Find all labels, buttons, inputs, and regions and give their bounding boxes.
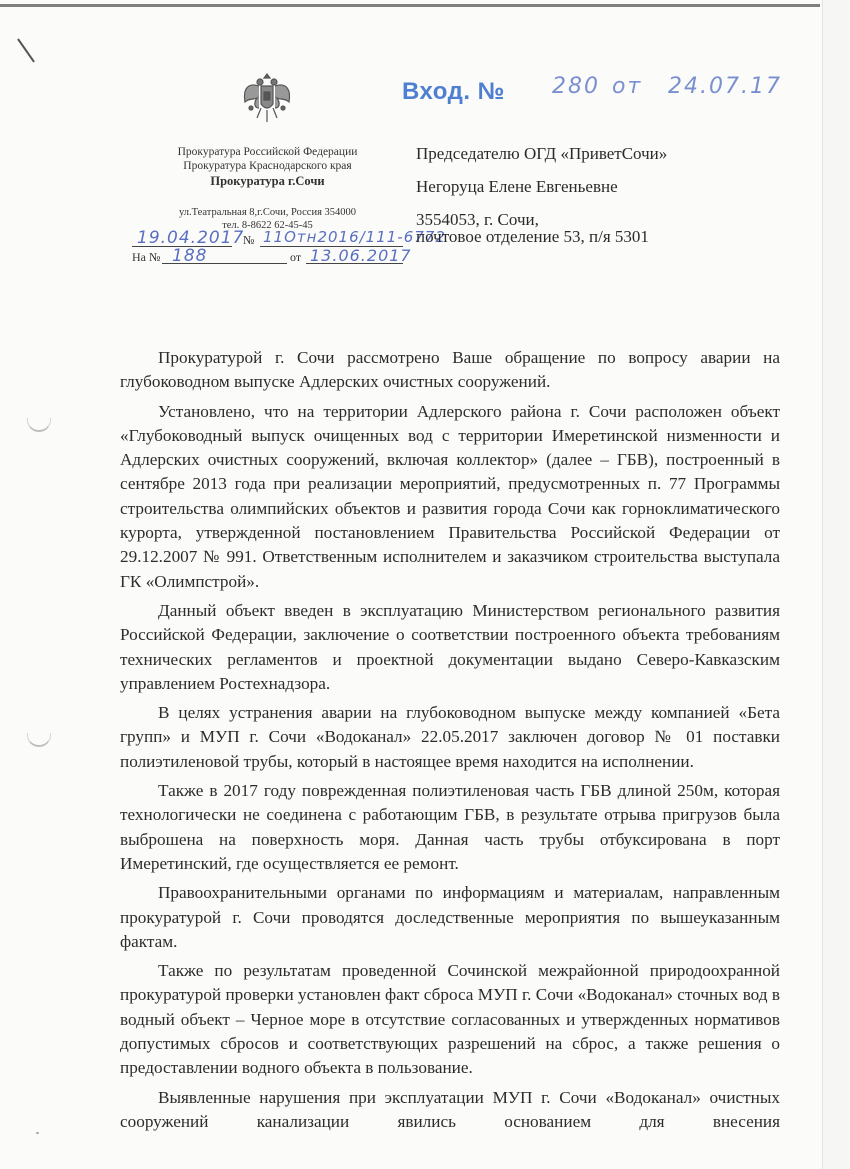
body-paragraph: Правоохранительными органами по информац…: [120, 881, 780, 954]
reply-date: 13.06.2017: [310, 246, 412, 265]
scan-right-margin: [823, 0, 850, 1169]
letterhead-office-name: Прокуратура г.Сочи: [140, 174, 395, 188]
russian-coat-of-arms-icon: [237, 68, 297, 128]
letterhead-address: ул.Театральная 8,г.Сочи, Россия 354000: [140, 207, 395, 218]
pen-mark: [17, 38, 35, 62]
punch-hole-top: [27, 418, 51, 432]
body-paragraph: В целях устранения аварии на глубоководн…: [120, 701, 780, 774]
scan-top-edge: [0, 4, 820, 7]
incoming-stamp-label: Вход. №: [402, 78, 505, 106]
reply-from-label: от: [290, 250, 301, 265]
incoming-date: 24.07.17: [668, 74, 782, 99]
letterhead-org-line-2: Прокуратура Краснодарского края: [140, 159, 395, 173]
punch-hole-bottom: [27, 733, 51, 747]
letter-body: Прокуратурой г. Сочи рассмотрено Ваше об…: [120, 346, 780, 1139]
addressee-po-box: почтовое отделение 53, п/я 5301: [416, 228, 649, 246]
letterhead-org-line-1: Прокуратура Российской Федерации: [140, 145, 395, 159]
outgoing-date: 19.04.2017: [137, 228, 244, 248]
reply-number-label: На №: [132, 250, 160, 265]
body-paragraph: Выявленные нарушения при эксплуатации МУ…: [120, 1086, 780, 1135]
reply-number: 188: [172, 246, 207, 266]
incoming-number: 280: [552, 74, 600, 99]
body-paragraph: Установлено, что на территории Адлерског…: [120, 400, 780, 594]
scan-speck: [36, 1132, 39, 1134]
addressee-position: Председателю ОГД «ПриветСочи»: [416, 145, 667, 163]
body-paragraph: Также в 2017 году поврежденная полиэтиле…: [120, 779, 780, 876]
body-paragraph: Также по результатам проведенной Сочинск…: [120, 959, 780, 1080]
body-paragraph: Прокуратурой г. Сочи рассмотрено Ваше об…: [120, 346, 780, 395]
incoming-from-word: от: [612, 74, 642, 99]
outgoing-number-label: №: [243, 233, 254, 248]
addressee-name: Негоруца Елене Евгеньевне: [416, 178, 618, 196]
body-paragraph: Данный объект введен в эксплуатацию Мини…: [120, 599, 780, 696]
